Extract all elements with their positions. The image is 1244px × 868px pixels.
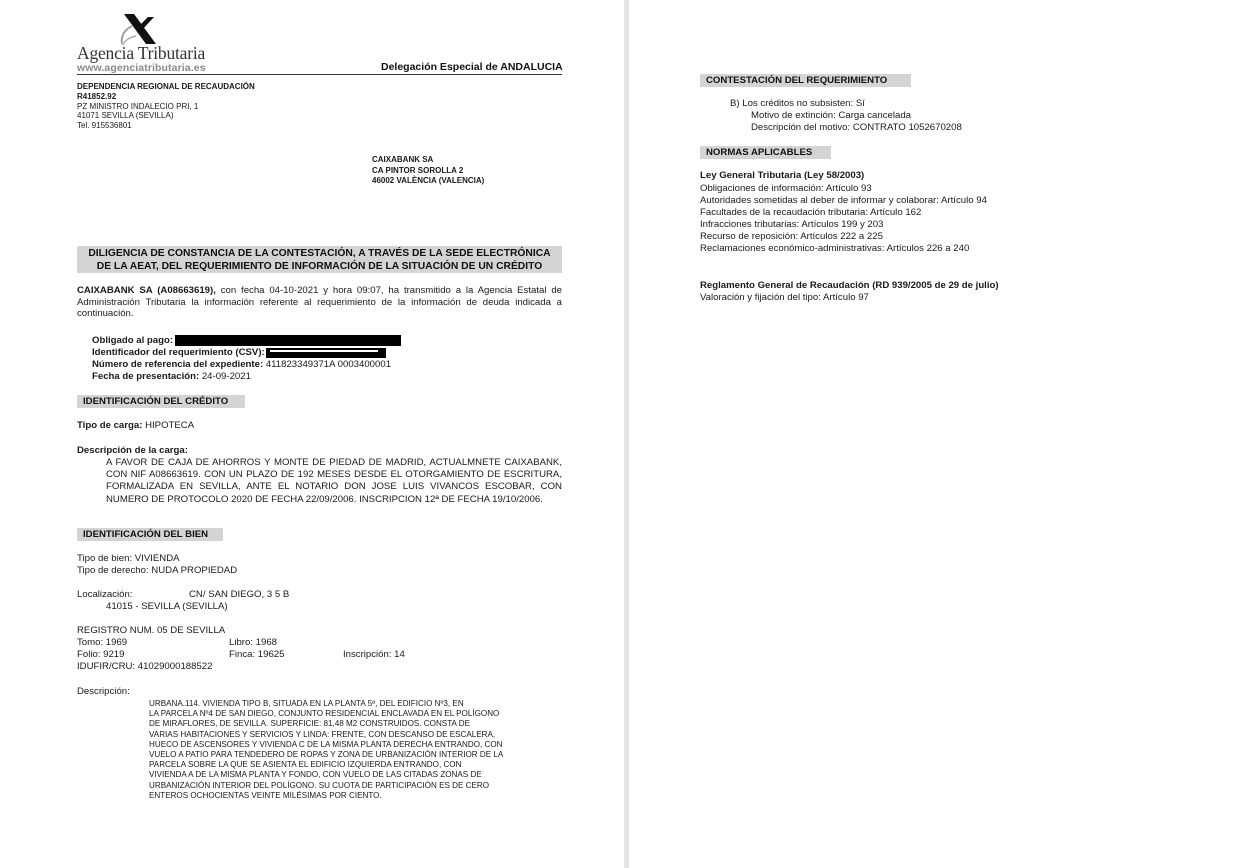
descripcion-line: DE MIRAFLORES, DE SEVILLA. SUPERFICIE: 8… bbox=[149, 719, 503, 729]
agencia-tributaria-logo-icon bbox=[118, 14, 158, 46]
localizacion-label: Localización: bbox=[77, 589, 132, 601]
header-divider bbox=[77, 74, 562, 75]
descripcion-line: PARCELA SOBRE LA QUE SE ASIENTA EL EDIFI… bbox=[149, 760, 503, 770]
requirement-fields: Obligado al pago: Identificador del requ… bbox=[92, 335, 401, 383]
idufir: IDUFIR/CRU: 41029000188522 bbox=[77, 661, 212, 673]
document-title-banner: DILIGENCIA DE CONSTANCIA DE LA CONTESTAC… bbox=[77, 246, 562, 273]
intro-paragraph: CAIXABANK SA (A08663619), con fecha 04-1… bbox=[77, 285, 562, 320]
logo-url: www.agenciatributaria.es bbox=[77, 62, 206, 74]
descripcion-body: URBANA.114. VIVIENDA TIPO B, SITUADA EN … bbox=[149, 699, 503, 801]
contestacion-descripcion: Descripción del motivo: CONTRATO 1052670… bbox=[751, 122, 962, 134]
descripcion-line: VARIAS HABITACIONES Y SERVICIOS Y LINDA:… bbox=[149, 730, 503, 740]
sender-code: R41852.92 bbox=[77, 92, 255, 102]
descripcion-line: VIVIENDA A DE LA MISMA PLANTA Y FONDO, C… bbox=[149, 770, 503, 780]
section-heading-credito: IDENTIFICACIÓN DEL CRÉDITO bbox=[77, 395, 245, 408]
section-heading-contestacion: CONTESTACIÓN DEL REQUERIMIENTO bbox=[700, 74, 911, 87]
tomo: Tomo: 1969 bbox=[77, 637, 127, 649]
contestacion-motivo: Motivo de extinción: Carga cancelada bbox=[751, 110, 911, 122]
recipient-name: CAIXABANK SA bbox=[372, 155, 484, 166]
expediente-value: 411823349371A 0003400001 bbox=[263, 359, 391, 370]
ley-general-title: Ley General Tributaria (Ley 58/2003) bbox=[700, 170, 864, 182]
field-expediente: Número de referencia del expediente: 411… bbox=[92, 359, 401, 371]
tipo-derecho: Tipo de derecho: NUDA PROPIEDAD bbox=[77, 565, 237, 577]
field-obligado: Obligado al pago: bbox=[92, 335, 401, 347]
ley-general-items: Obligaciones de información: Artículo 93… bbox=[700, 183, 987, 255]
sender-address: PZ MINISTRO INDALECIO PRI, 1 bbox=[77, 102, 255, 112]
fecha-label: Fecha de presentación: bbox=[92, 371, 199, 382]
descripcion-line: URBANA.114. VIVIENDA TIPO B, SITUADA EN … bbox=[149, 699, 503, 709]
norma-item: Autoridades sometidas al deber de inform… bbox=[700, 195, 987, 207]
banner-line-2: DE LA AEAT, DEL REQUERIMIENTO DE INFORMA… bbox=[77, 260, 562, 273]
redacted-block bbox=[175, 335, 401, 346]
reglamento-item: Valoración y fijación del tipo: Artículo… bbox=[700, 292, 869, 304]
localizacion-city: 41015 - SEVILLA (SEVILLA) bbox=[106, 601, 228, 613]
libro: Libro: 1968 bbox=[229, 637, 277, 649]
descripcion-line: HUECO DE ASCENSORES Y VIVIENDA C DE LA M… bbox=[149, 740, 503, 750]
contestacion-creditos: B) Los créditos no subsisten: Sí bbox=[730, 98, 865, 110]
bien-tipos: Tipo de bien: VIVIENDA Tipo de derecho: … bbox=[77, 553, 237, 577]
registro: REGISTRO NUM. 05 DE SEVILLA bbox=[77, 625, 225, 637]
norma-item: Reclamaciones económico-administrativas:… bbox=[700, 243, 987, 255]
recipient-address: CA PINTOR SOROLLA 2 bbox=[372, 166, 484, 177]
sender-dependencia: DEPENDENCIA REGIONAL DE RECAUDACIÓN bbox=[77, 82, 255, 92]
tipo-bien: Tipo de bien: VIVIENDA bbox=[77, 553, 237, 565]
localizacion-value: CN/ SAN DIEGO, 3 5 B bbox=[189, 589, 289, 601]
redacted-block bbox=[266, 348, 386, 358]
sender-city: 41071 SEVILLA (SEVILLA) bbox=[77, 111, 255, 121]
recipient-city: 46002 VALÈNCIA (VALENCIA) bbox=[372, 176, 484, 187]
finca: Finca: 19625 bbox=[229, 649, 284, 661]
descripcion-line: URBANIZACIÓN INTERIOR DEL POLÍGONO. SU C… bbox=[149, 781, 503, 791]
tipo-carga: Tipo de carga: HIPOTECA bbox=[77, 420, 194, 432]
banner-line-1: DILIGENCIA DE CONSTANCIA DE LA CONTESTAC… bbox=[77, 247, 562, 260]
fecha-value: 24-09-2021 bbox=[199, 371, 251, 382]
tipo-carga-value: HIPOTECA bbox=[142, 420, 194, 431]
csv-label: Identificador del requerimiento (CSV): bbox=[92, 347, 265, 358]
descripcion-line: ENTEROS OCHOCIENTAS VEINTE MILÉSIMAS POR… bbox=[149, 791, 503, 801]
section-heading-normas: NORMAS APLICABLES bbox=[700, 146, 831, 159]
reglamento-title: Reglamento General de Recaudación (RD 93… bbox=[700, 280, 999, 292]
norma-item: Facultades de la recaudación tributaria:… bbox=[700, 207, 987, 219]
descripcion-label: Descripción: bbox=[77, 686, 130, 698]
descripcion-line: VUELO A PATIO PARA TENDEDERO DE ROPAS Y … bbox=[149, 750, 503, 760]
inscripcion: Inscripción: 14 bbox=[343, 649, 405, 661]
tipo-carga-label: Tipo de carga: bbox=[77, 420, 142, 431]
descripcion-line: LA PARCELA Nº4 DE SAN DIEGO, CONJUNTO RE… bbox=[149, 709, 503, 719]
descripcion-carga-value: A FAVOR DE CAJA DE AHORROS Y MONTE DE PI… bbox=[106, 457, 562, 506]
logo-title: Agencia Tributaria bbox=[77, 43, 205, 64]
norma-item: Infracciones tributarias: Artículos 199 … bbox=[700, 219, 987, 231]
norma-item: Recurso de reposición: Artículos 222 a 2… bbox=[700, 231, 987, 243]
document-page-1: Agencia Tributaria www.agenciatributaria… bbox=[0, 0, 624, 868]
sender-phone: Tel. 915536801 bbox=[77, 121, 255, 131]
sender-block: DEPENDENCIA REGIONAL DE RECAUDACIÓN R418… bbox=[77, 82, 255, 131]
field-csv: Identificador del requerimiento (CSV): bbox=[92, 347, 401, 359]
norma-item: Obligaciones de información: Artículo 93 bbox=[700, 183, 987, 195]
field-fecha: Fecha de presentación: 24-09-2021 bbox=[92, 371, 401, 383]
section-heading-bien: IDENTIFICACIÓN DEL BIEN bbox=[77, 528, 223, 541]
delegacion-heading: Delegación Especial de ANDALUCIA bbox=[381, 61, 563, 73]
descripcion-carga-label: Descripción de la carga: bbox=[77, 445, 188, 457]
obligado-label: Obligado al pago: bbox=[92, 335, 173, 346]
folio: Folio: 9219 bbox=[77, 649, 124, 661]
expediente-label: Número de referencia del expediente: bbox=[92, 359, 263, 370]
recipient-block: CAIXABANK SA CA PINTOR SOROLLA 2 46002 V… bbox=[372, 155, 484, 187]
intro-entity: CAIXABANK SA (A08663619), bbox=[77, 285, 216, 296]
